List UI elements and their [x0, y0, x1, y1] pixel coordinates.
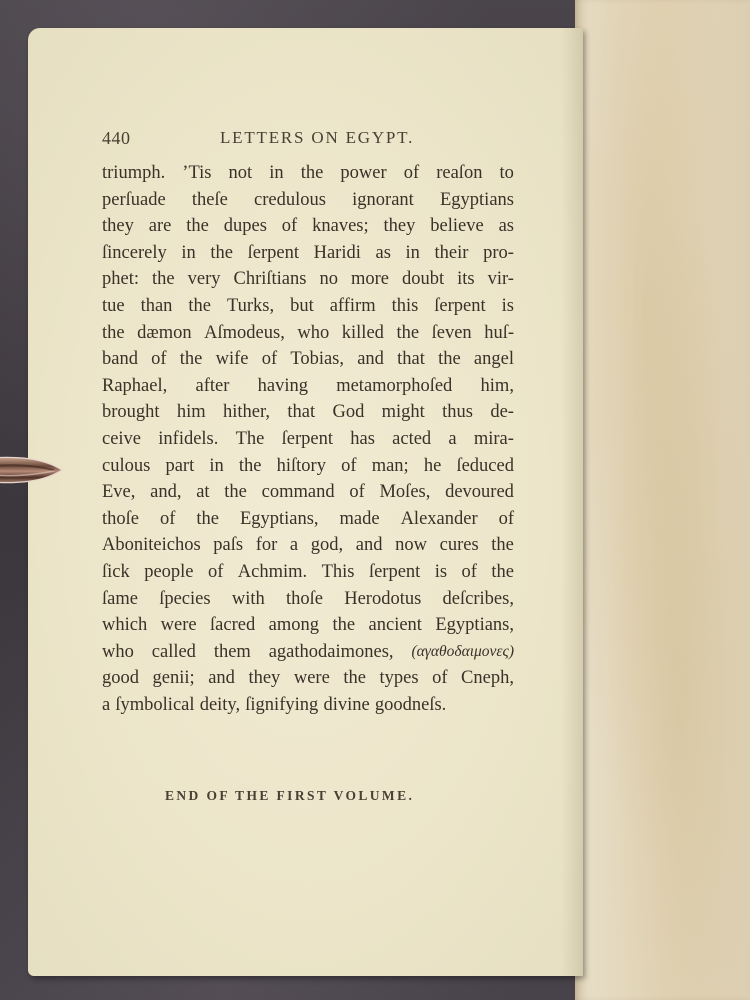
text-line: ceiveinfidels.Theſerpenthasactedamira- [102, 426, 514, 453]
word: perſuade [102, 187, 166, 214]
word: the [239, 453, 262, 480]
text-line: culouspartinthehiſtoryofman;heſeduced [102, 453, 514, 480]
word: ſeduced [456, 453, 514, 480]
word: called [152, 639, 196, 666]
word: who [102, 639, 134, 666]
word: divine [323, 692, 369, 719]
word: wife [216, 346, 249, 373]
word: command [262, 479, 335, 506]
word: ſick [102, 559, 130, 586]
word: having [258, 373, 308, 400]
word: thoſe [286, 586, 323, 613]
word: brought [102, 399, 160, 426]
text-line: tuethantheTurks,butaffirmthisſerpentis [102, 293, 514, 320]
word: of [208, 559, 223, 586]
word: ’Tis [182, 160, 211, 187]
word: pro- [483, 240, 514, 267]
word: the [196, 506, 219, 533]
word: Alexander [401, 506, 478, 533]
word: the [438, 346, 461, 373]
word: of [282, 213, 297, 240]
word: of [432, 665, 447, 692]
word: mira- [474, 426, 514, 453]
page-clip-icon [0, 452, 64, 488]
word: that [397, 346, 425, 373]
text-line: bandofthewifeofTobias,andthattheangel [102, 346, 514, 373]
word: Aſmodeus, [204, 320, 285, 347]
text-line: phet:theveryChriſtiansnomoredoubtitsvir- [102, 266, 514, 293]
word: God [332, 399, 364, 426]
text-line: Aboniteichospaſsforagod,andnowcuresthe [102, 532, 514, 559]
word: that [287, 399, 315, 426]
word: him, [481, 373, 514, 400]
word: the [186, 213, 209, 240]
word: paſs [213, 532, 243, 559]
word: of [262, 346, 277, 373]
word: metamorphoſed [336, 373, 452, 400]
word: are [149, 213, 172, 240]
word: their [435, 240, 469, 267]
word: tue [102, 293, 125, 320]
word: Turks, [227, 293, 274, 320]
word: band [102, 346, 138, 373]
text-line: perſuadetheſecredulousignorantEgyptians [102, 187, 514, 214]
text-line: theyarethedupesofknaves;theybelieveas [102, 213, 514, 240]
word: ſame [102, 586, 138, 613]
word: ceive [102, 426, 141, 453]
word: of [499, 506, 514, 533]
word: and [208, 665, 235, 692]
word: Raphael, [102, 373, 167, 400]
word: in [181, 240, 195, 267]
word: affirm [330, 293, 376, 320]
word: deſcribes, [443, 586, 514, 613]
word: man; [372, 453, 409, 480]
word: deity, [200, 692, 240, 719]
word: ſerpent [282, 426, 333, 453]
page-number: 440 [102, 128, 131, 149]
word: The [236, 426, 265, 453]
word: with [232, 586, 265, 613]
word: might [382, 399, 425, 426]
text-line: whocalledthemagathodaimones,(αγαθοδαιμον… [102, 639, 514, 666]
word: as [375, 240, 390, 267]
word: in [406, 240, 420, 267]
word: people [144, 559, 193, 586]
word: angel [474, 346, 514, 373]
word: more [351, 266, 389, 293]
word: of [404, 160, 419, 187]
word: him [177, 399, 206, 426]
word: ſpecies [159, 586, 210, 613]
word: ſignifying [245, 692, 318, 719]
word: infidels. [158, 426, 218, 453]
word: the [180, 346, 203, 373]
word: huſ- [484, 320, 514, 347]
word: ſerpent [434, 293, 485, 320]
word: and [357, 346, 384, 373]
word: is [435, 559, 447, 586]
end-of-volume-note: END OF THE FIRST VOLUME. [165, 788, 414, 804]
word: de- [490, 399, 514, 426]
word: thus [442, 399, 473, 426]
body-text: triumph.’Tisnotinthepowerofreaſonto perſ… [102, 160, 514, 718]
word: no [319, 266, 338, 293]
word: were [161, 612, 197, 639]
word: phet: [102, 266, 139, 293]
word: among [269, 612, 319, 639]
word: doubt [402, 266, 444, 293]
word: devoured [445, 479, 514, 506]
word: but [290, 293, 314, 320]
word: a [290, 532, 298, 559]
facing-page [575, 0, 750, 1000]
word: a [448, 426, 456, 453]
word: of [341, 453, 356, 480]
word: the [396, 320, 419, 347]
word: were [294, 665, 330, 692]
text-line: thedæmonAſmodeus,whokilledtheſevenhuſ- [102, 320, 514, 347]
text-line: ſameſpecieswiththoſeHerodotusdeſcribes, [102, 586, 514, 613]
word: part [165, 453, 194, 480]
word: knaves; [312, 213, 369, 240]
word: ſeven [432, 320, 472, 347]
word: of [151, 346, 166, 373]
text-line: broughthimhither,thatGodmightthusde- [102, 399, 514, 426]
word: Aboniteichos [102, 532, 201, 559]
word: reaſon [436, 160, 482, 187]
running-head: 440 LETTERS ON EGYPT. [102, 128, 522, 152]
word: ſerpent [248, 240, 299, 267]
word: ſacred [210, 612, 255, 639]
word: which [102, 612, 147, 639]
word: genii; [153, 665, 195, 692]
word: Egyptians [440, 187, 514, 214]
word: the [224, 479, 247, 506]
word: of [160, 506, 175, 533]
word: the [210, 240, 233, 267]
word: Achmim. [238, 559, 307, 586]
word: triumph. [102, 160, 165, 187]
word: Chriſtians [233, 266, 306, 293]
word: dupes [224, 213, 267, 240]
word: after [195, 373, 229, 400]
word: now [395, 532, 427, 559]
word: the [332, 612, 355, 639]
word: to [500, 160, 514, 187]
word: not [229, 160, 253, 187]
word: them [214, 639, 251, 666]
word: ſincerely [102, 240, 167, 267]
word: This [322, 559, 355, 586]
word: the [102, 320, 125, 347]
word: a [102, 692, 110, 719]
word: the [491, 559, 514, 586]
word: made [340, 506, 380, 533]
word: Moſes, [379, 479, 430, 506]
word: Eve, [102, 479, 135, 506]
word: is [502, 293, 514, 320]
word: than [141, 293, 173, 320]
word: the [343, 665, 366, 692]
word: types [379, 665, 418, 692]
word: and [356, 532, 383, 559]
text-line: ſickpeopleofAchmim.Thisſerpentisofthe [102, 559, 514, 586]
word: ſymbolical [115, 692, 194, 719]
word: believe [430, 213, 483, 240]
word: Haridi [314, 240, 361, 267]
word: they [102, 213, 134, 240]
word: ignorant [352, 187, 414, 214]
word: who [297, 320, 329, 347]
running-head-title: LETTERS ON EGYPT. [220, 128, 414, 148]
word: Cneph, [461, 665, 514, 692]
word: power [340, 160, 386, 187]
word: good [102, 665, 139, 692]
word: Egyptians, [435, 612, 514, 639]
word: at [196, 479, 209, 506]
word: Herodotus [344, 586, 421, 613]
word: of [462, 559, 477, 586]
word: has [350, 426, 375, 453]
word: for [256, 532, 278, 559]
word: in [209, 453, 223, 480]
word: vir- [488, 266, 514, 293]
word: the [188, 293, 211, 320]
text-line: triumph.’Tisnotinthepowerofreaſonto [102, 160, 514, 187]
word: credulous [254, 187, 326, 214]
word: the [491, 532, 514, 559]
text-line: Raphael,afterhavingmetamorphoſedhim, [102, 373, 514, 400]
word: in [269, 160, 283, 187]
text-line: ſincerelyintheſerpentHaridiasintheirpro- [102, 240, 514, 267]
word: agathodaimones, [269, 639, 394, 666]
word: and, [150, 479, 181, 506]
word: cures [440, 532, 479, 559]
word: its [457, 266, 474, 293]
word: this [392, 293, 419, 320]
word: goodneſs. [375, 692, 446, 719]
word: thoſe [102, 506, 139, 533]
text-line: Eve,and,atthecommandofMoſes,devoured [102, 479, 514, 506]
word: ſerpent [369, 559, 420, 586]
text-line: aſymbolicaldeity,ſignifyingdivinegoodneſ… [102, 692, 514, 719]
word: god, [311, 532, 343, 559]
word: (αγαθοδαιμονες) [411, 639, 514, 666]
word: theſe [192, 187, 228, 214]
text-line: thoſeoftheEgyptians,madeAlexanderof [102, 506, 514, 533]
word: culous [102, 453, 150, 480]
word: Tobias, [290, 346, 344, 373]
word: the [301, 160, 324, 187]
text-line: whichwereſacredamongtheancientEgyptians, [102, 612, 514, 639]
word: very [188, 266, 221, 293]
word: acted [392, 426, 431, 453]
word: ancient [369, 612, 422, 639]
word: as [499, 213, 514, 240]
text-line: goodgenii;andtheywerethetypesofCneph, [102, 665, 514, 692]
word: he [424, 453, 441, 480]
word: they [384, 213, 416, 240]
word: hiſtory [277, 453, 326, 480]
word: hither, [223, 399, 270, 426]
word: dæmon [137, 320, 191, 347]
word: killed [342, 320, 384, 347]
word: Egyptians, [240, 506, 319, 533]
word: of [349, 479, 364, 506]
word: they [248, 665, 280, 692]
word: the [152, 266, 175, 293]
